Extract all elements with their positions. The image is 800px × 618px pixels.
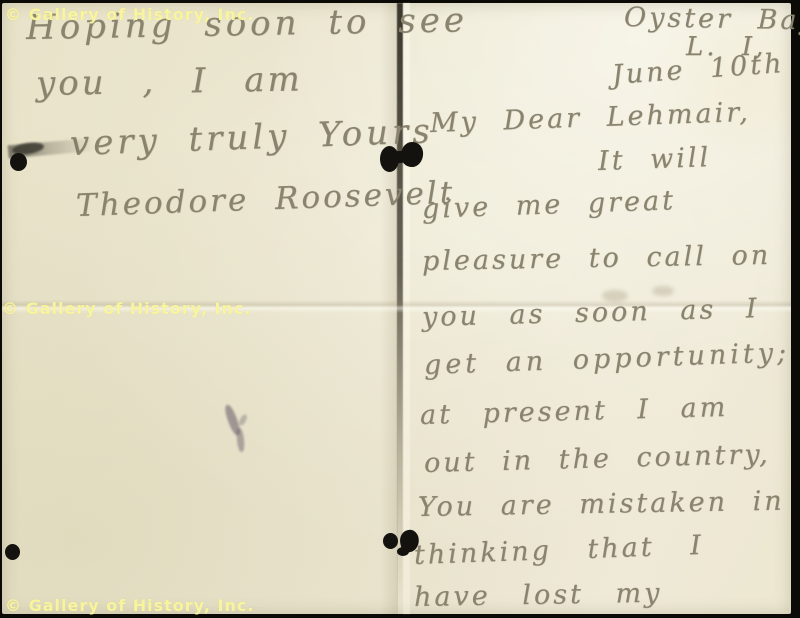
ink-blot (383, 533, 398, 549)
handwriting-line-body: You are mistaken in (418, 486, 785, 523)
ink-blot (393, 151, 406, 163)
handwriting-line-body: pleasure to call on (422, 240, 772, 277)
letter-scan: Hoping soon to see you , I am very truly… (0, 0, 800, 618)
ink-blot (10, 153, 27, 171)
handwriting-line-body: have lost my (414, 578, 663, 613)
watermark-top: © Gallery of History, Inc. (5, 5, 254, 24)
watermark-bottom: © Gallery of History, Inc. (5, 596, 254, 615)
ink-blot (397, 547, 409, 556)
watermark-middle: © Gallery of History, Inc. (2, 299, 251, 318)
handwriting-line-closing: you , I am (36, 59, 303, 104)
ink-blot (5, 544, 20, 560)
handwriting-line-body: It will (597, 142, 711, 177)
